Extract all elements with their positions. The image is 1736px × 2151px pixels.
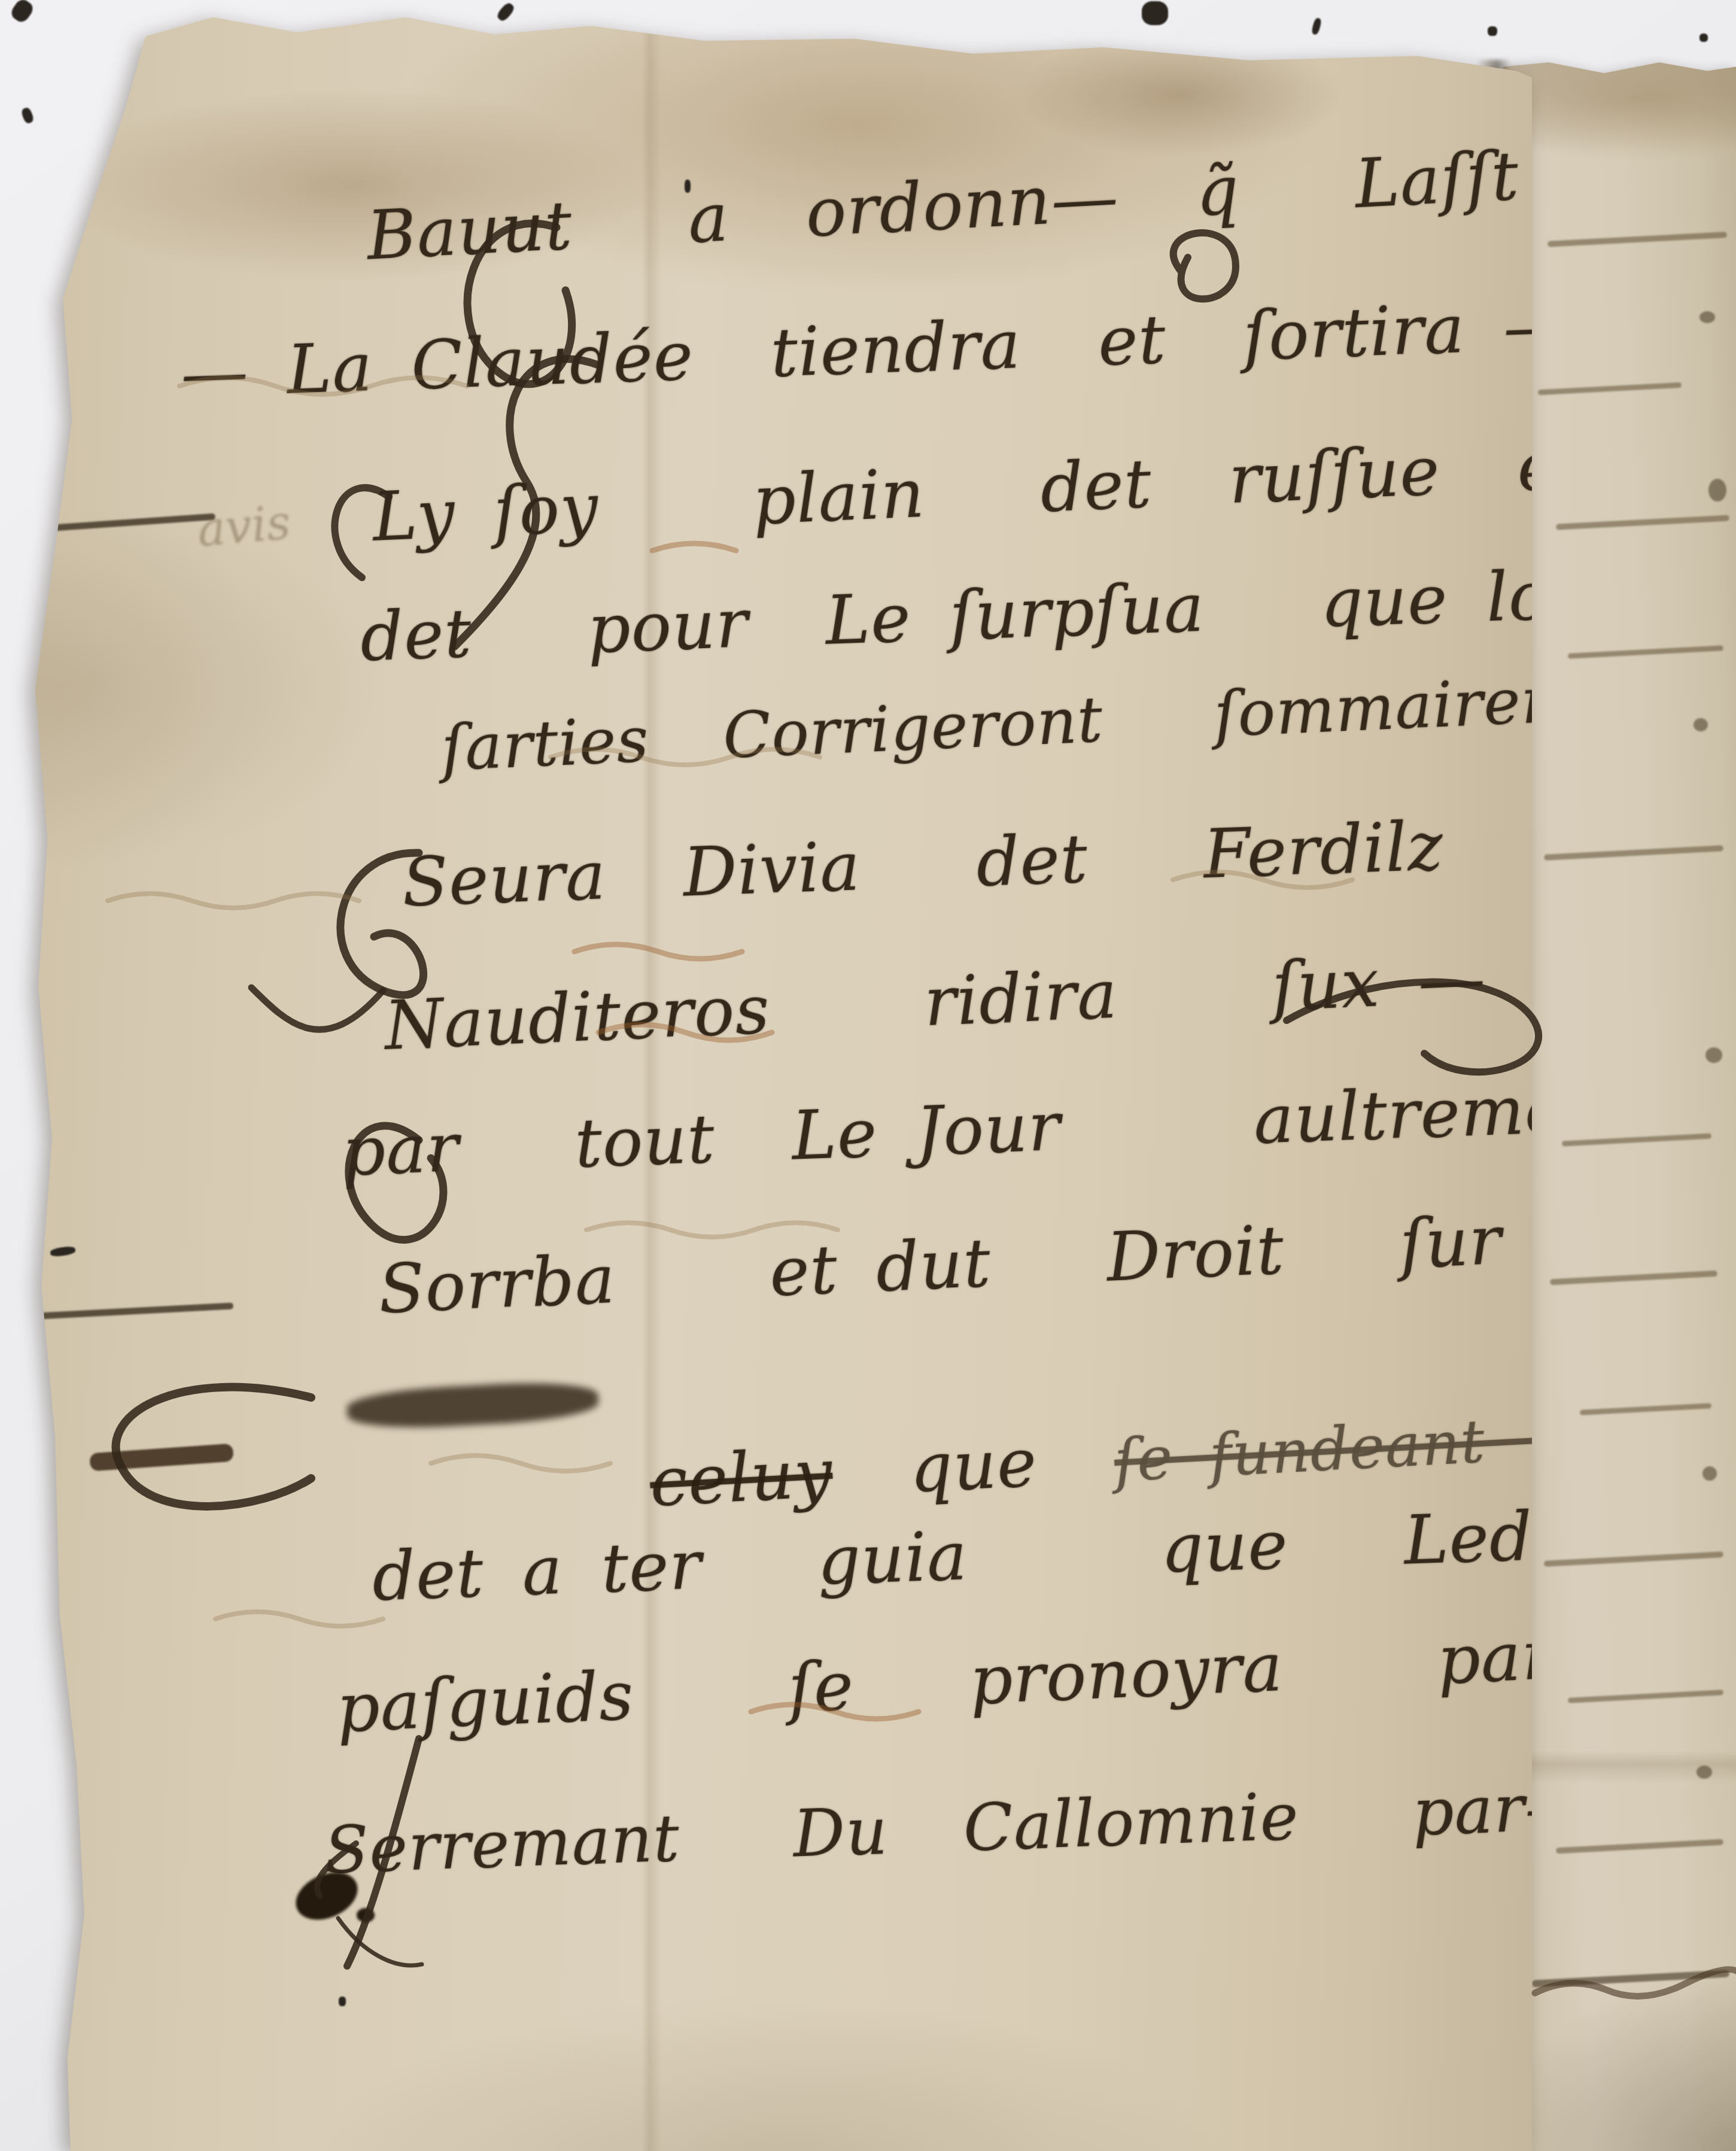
handwriting-line: — La Claudée tiendra et ſortira —: [180, 287, 1572, 413]
manuscript-photo: Bauut a ordonn— q̃ Laſſt — i — La Claudé…: [0, 0, 1736, 2151]
margin-dash: [36, 1302, 233, 1319]
handwriting-word: que: [908, 1424, 1039, 1508]
handwriting-line: paſguids ſe pronoyra par: [335, 1617, 1556, 1748]
struck-phrase: ſe fundeant remiſe: [1112, 1392, 1736, 1496]
handwriting-line: Sorrba et dut Droit ſur: [377, 1202, 1503, 1329]
manuscript-page-wrap: Bauut a ordonn— q̃ Laſſt — i — La Claudé…: [0, 0, 1736, 2151]
dust-speck: [1488, 26, 1497, 36]
dust-speck: [685, 180, 691, 193]
ink-blot: [357, 1908, 375, 1922]
handwriting-line: det pour Le ſurpſua que lon: [359, 555, 1594, 676]
handwriting-line: par tout Le Jour aultrement: [341, 1068, 1637, 1191]
handwriting-line: Bauut a ordonn— q̃ Laſſt — i: [365, 129, 1688, 275]
handwriting-line: Ly ſoy plain det ruſſue eſſant: [371, 420, 1722, 557]
manuscript-page: Bauut a ordonn— q̃ Laſſt — i — La Claudé…: [0, 0, 1532, 2151]
dust-speck: [339, 1997, 346, 2006]
handwriting-line: Seura Divia det Ferdilz: [401, 807, 1445, 922]
struck-word: celuy: [648, 1435, 835, 1522]
margin-dash: [89, 1444, 234, 1472]
marginal-note: avis: [195, 496, 293, 557]
margin-dash: [36, 514, 215, 533]
handwriting-line: ſarties Corrigeront ſommairement —: [440, 654, 1736, 785]
dust-speck: [1699, 34, 1708, 42]
dust-speck: [1142, 1, 1168, 25]
handwriting-line: Nauditeros ridira ſux —: [383, 940, 1487, 1065]
handwriting-line: Serremant Du Callomnie par—: [323, 1769, 1591, 1888]
